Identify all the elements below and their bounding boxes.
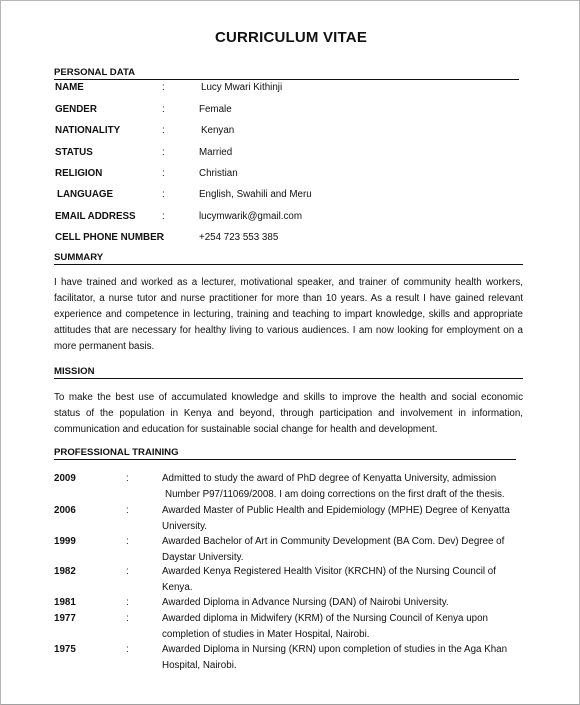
training-description-line: Admitted to study the award of PhD degre…: [162, 471, 534, 487]
section-heading-mission: MISSION: [54, 366, 523, 379]
training-description: Awarded Diploma in Advance Nursing (DAN)…: [162, 595, 534, 611]
training-year: 1982: [54, 564, 76, 580]
training-separator: :: [126, 564, 129, 580]
field-value: Christian: [199, 168, 238, 180]
training-description: Awarded Kenya Registered Health Visitor …: [162, 564, 534, 595]
training-year: 2009: [54, 471, 76, 487]
field-separator: :: [162, 147, 165, 159]
field-value: lucymwarik@gmail.com: [199, 211, 302, 223]
training-description-line: completion of studies in Mater Hospital,…: [162, 627, 534, 643]
training-year: 1981: [54, 595, 76, 611]
field-label: LANGUAGE: [57, 189, 113, 201]
training-description: Awarded Diploma in Nursing (KRN) upon co…: [162, 642, 534, 673]
cv-page: CURRICULUM VITAE PERSONAL DATA NAME : Lu…: [0, 0, 580, 705]
training-separator: :: [126, 534, 129, 550]
field-separator: :: [162, 104, 165, 116]
training-year: 1999: [54, 534, 76, 550]
training-separator: :: [126, 471, 129, 487]
training-description-line: Awarded Diploma in Advance Nursing (DAN)…: [162, 595, 534, 611]
training-year: 1975: [54, 642, 76, 658]
field-label: CELL PHONE NUMBER: [55, 232, 164, 244]
training-description: Awarded Master of Public Health and Epid…: [162, 503, 534, 534]
training-separator: :: [126, 611, 129, 627]
field-value: Female: [199, 104, 232, 116]
training-description-line: Awarded diploma in Midwifery (KRM) of th…: [162, 611, 534, 627]
training-description-line: Kenya.: [162, 580, 534, 596]
field-separator: :: [162, 189, 165, 201]
document-title: CURRICULUM VITAE: [1, 29, 580, 46]
section-heading-summary: SUMMARY: [54, 252, 523, 265]
field-separator: :: [162, 168, 165, 180]
field-label: GENDER: [55, 104, 97, 116]
field-separator: :: [162, 82, 165, 94]
training-description-line: Number P97/11069/2008. I am doing correc…: [162, 487, 534, 503]
training-description-line: Awarded Diploma in Nursing (KRN) upon co…: [162, 642, 534, 658]
summary-text: I have trained and worked as a lecturer,…: [54, 275, 523, 355]
training-description-line: Awarded Kenya Registered Health Visitor …: [162, 564, 534, 580]
field-separator: :: [162, 125, 165, 137]
section-heading-personal-data: PERSONAL DATA: [54, 67, 519, 80]
training-separator: :: [126, 642, 129, 658]
training-description-line: Hospital, Nairobi.: [162, 658, 534, 674]
field-label: RELIGION: [55, 168, 102, 180]
field-separator: :: [162, 232, 165, 244]
field-label: EMAIL ADDRESS: [55, 211, 136, 223]
training-description: Awarded Bachelor of Art in Community Dev…: [162, 534, 534, 565]
field-label: STATUS: [55, 147, 93, 159]
training-description-line: Awarded Bachelor of Art in Community Dev…: [162, 534, 534, 550]
field-value: +254 723 553 385: [199, 232, 278, 244]
field-label: NAME: [55, 82, 84, 94]
training-description: Awarded diploma in Midwifery (KRM) of th…: [162, 611, 534, 642]
field-value: English, Swahili and Meru: [199, 189, 312, 201]
field-value: Lucy Mwari Kithinji: [201, 82, 282, 94]
training-description-line: Awarded Master of Public Health and Epid…: [162, 503, 534, 519]
training-separator: :: [126, 595, 129, 611]
training-description-line: Daystar University.: [162, 550, 534, 566]
mission-text: To make the best use of accumulated know…: [54, 390, 523, 438]
field-separator: :: [162, 211, 165, 223]
field-value: Kenyan: [201, 125, 234, 137]
field-value: Married: [199, 147, 232, 159]
training-description: Admitted to study the award of PhD degre…: [162, 471, 534, 502]
training-year: 1977: [54, 611, 76, 627]
training-year: 2006: [54, 503, 76, 519]
section-heading-professional-training: PROFESSIONAL TRAINING: [54, 447, 516, 460]
training-separator: :: [126, 503, 129, 519]
field-label: NATIONALITY: [55, 125, 120, 137]
training-description-line: University.: [162, 519, 534, 535]
